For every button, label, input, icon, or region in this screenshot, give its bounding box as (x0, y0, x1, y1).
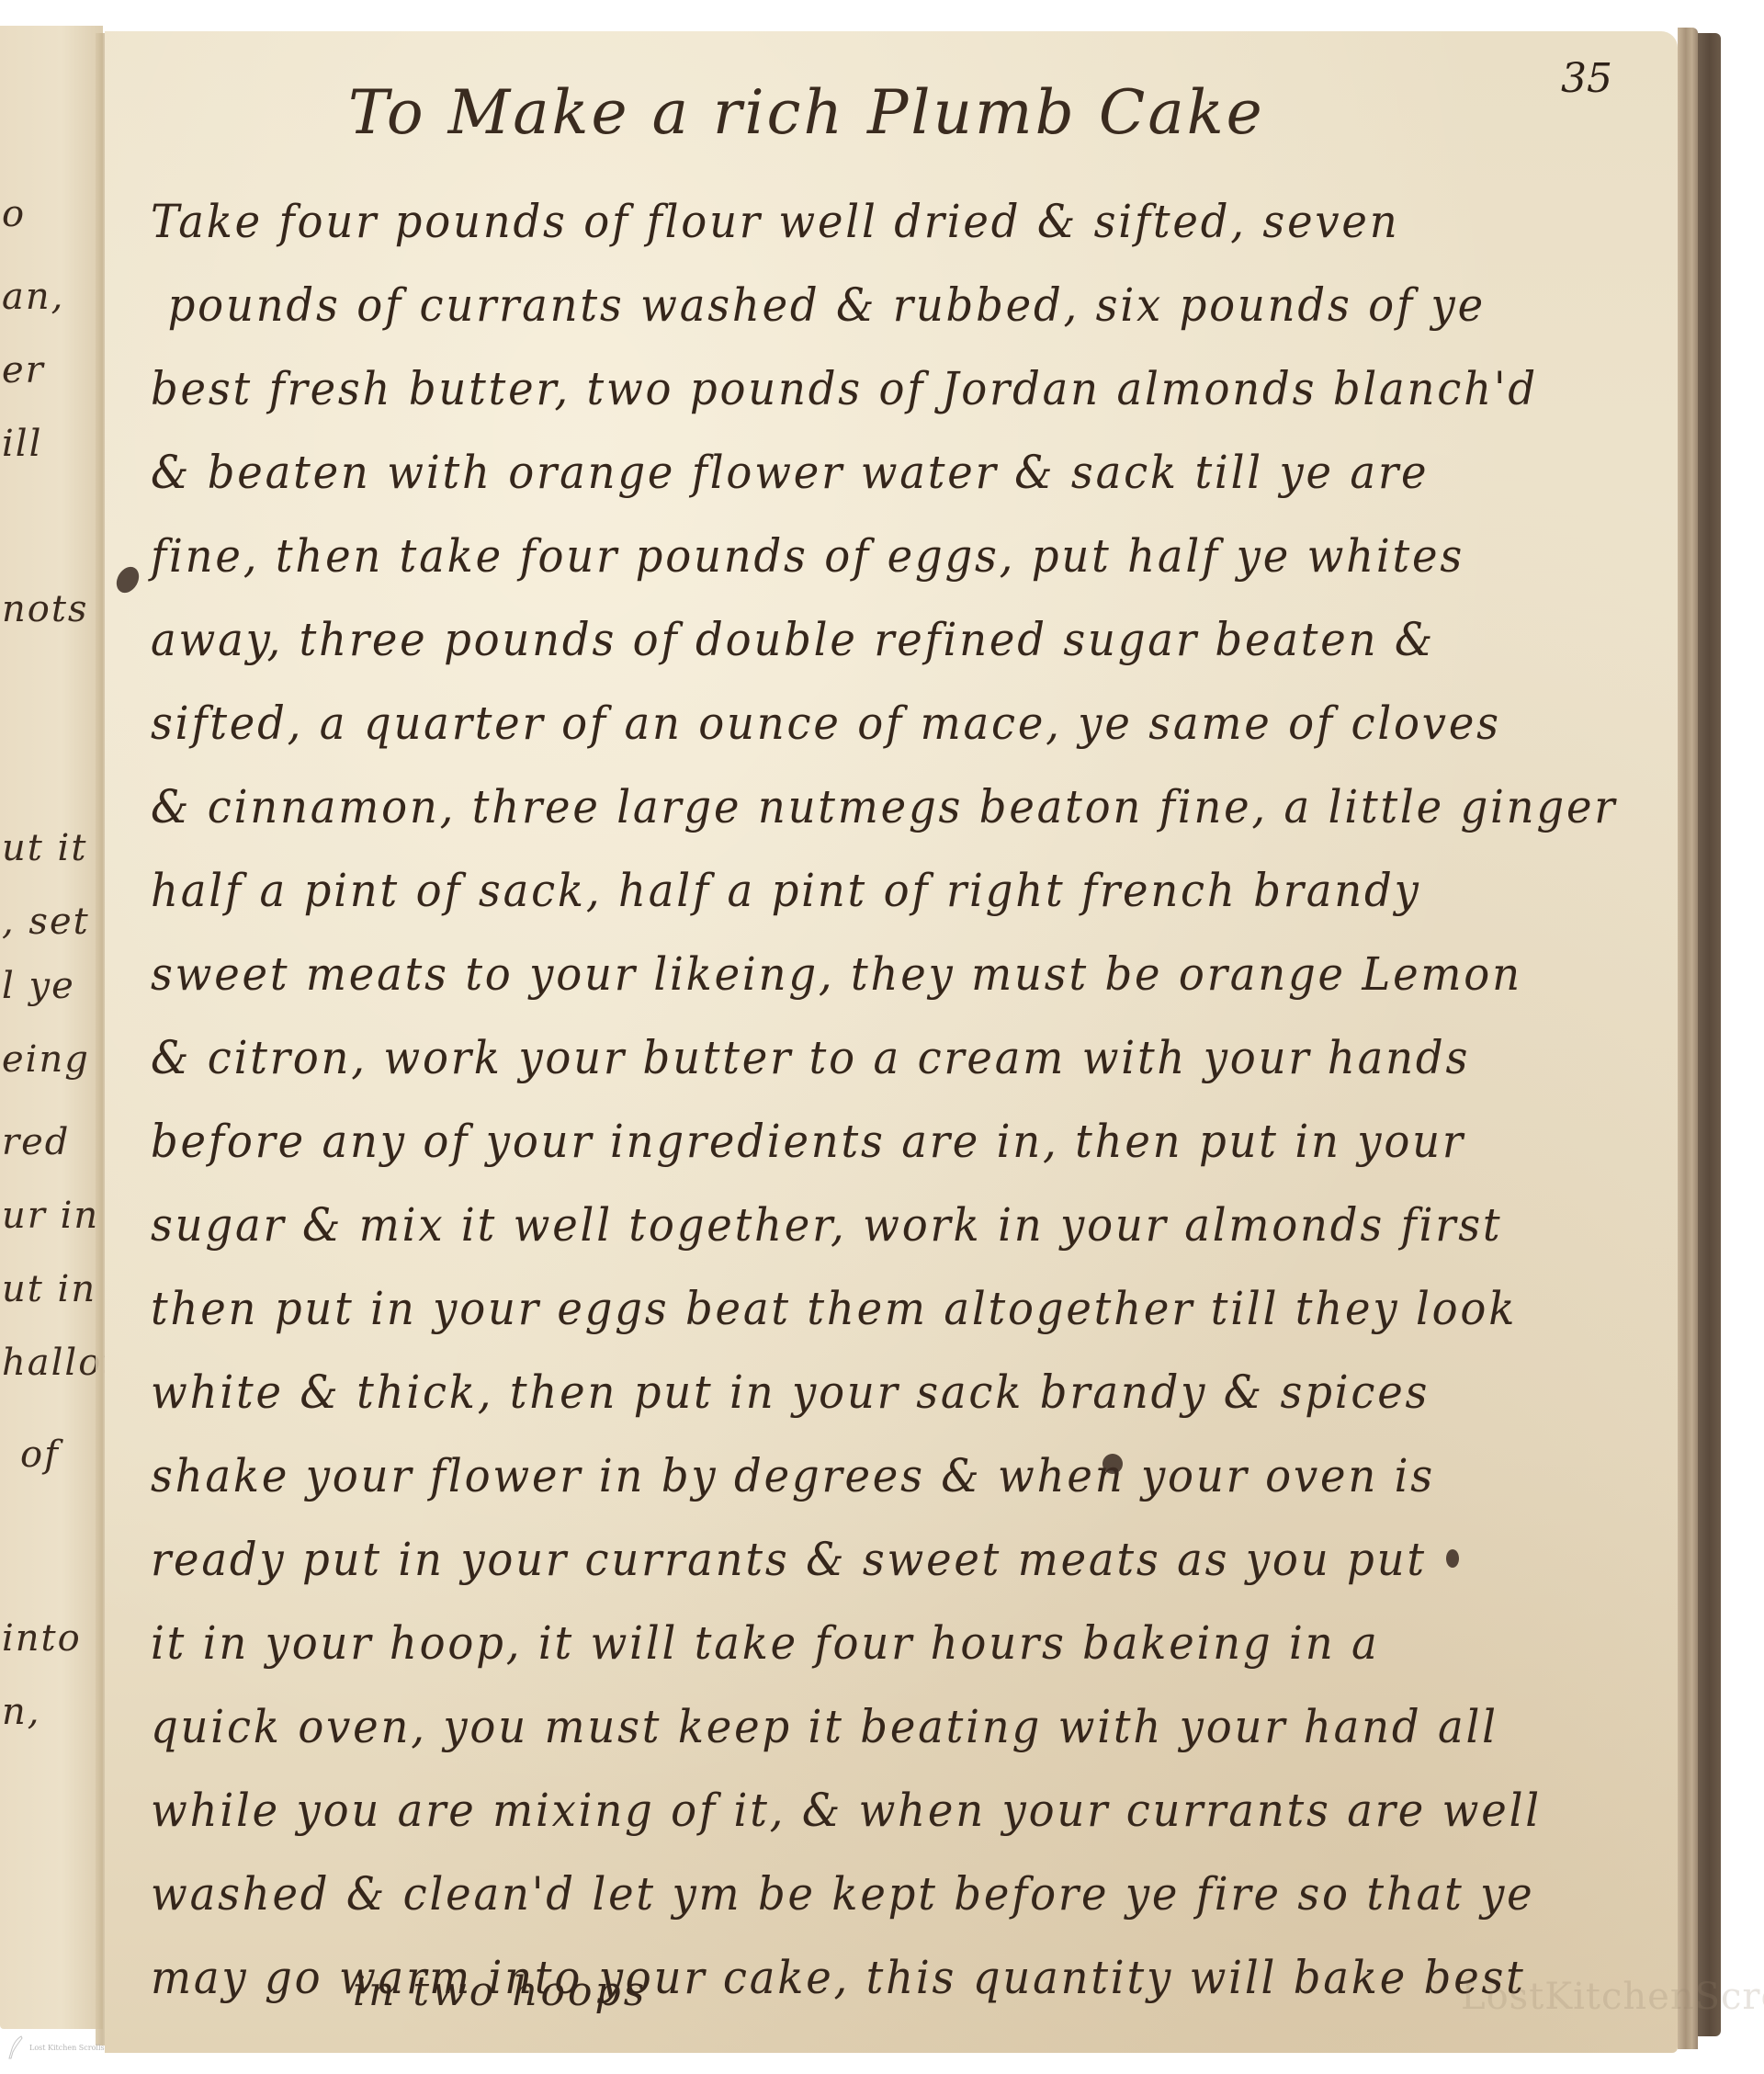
recipe-line: sifted, a quarter of an ounce of mace, y… (151, 682, 1561, 765)
facing-text-fragment: ut it (2, 827, 87, 869)
recipe-page: 35 To Make a rich Plumb Cake Take four p… (105, 31, 1678, 2053)
recipe-line: fine, then take four pounds of eggs, put… (151, 515, 1561, 598)
facing-text-fragment: of (20, 1434, 60, 1476)
recipe-line: & citron, work your butter to a cream wi… (151, 1016, 1561, 1100)
recipe-line: then put in your eggs beat them altogeth… (151, 1267, 1561, 1351)
facing-text-fragment: er (2, 349, 45, 391)
facing-text-fragment: ill (2, 423, 42, 465)
facing-text-fragment: o (2, 193, 26, 235)
facing-text-fragment: eing (2, 1038, 90, 1081)
facing-text-fragment: into (2, 1617, 82, 1660)
quill-icon (7, 2035, 24, 2059)
recipe-line: & cinnamon, three large nutmegs beaton f… (151, 765, 1561, 849)
recipe-line: while you are mixing of it, & when your … (151, 1769, 1561, 1853)
facing-text-fragment: , set (2, 901, 90, 943)
recipe-line: quick oven, you must keep it beating wit… (151, 1685, 1561, 1769)
ink-blot (112, 563, 143, 597)
recipe-line: shake your flower in by degrees & when y… (151, 1434, 1561, 1518)
facing-text-fragment: an, (2, 276, 64, 318)
page-number: 35 (1561, 55, 1612, 102)
recipe-line: ready put in your currants & sweet meats… (151, 1518, 1561, 1602)
ink-blot (1446, 1549, 1459, 1568)
recipe-line: washed & clean'd let ym be kept before y… (151, 1853, 1561, 1936)
recipe-title: To Make a rich Plumb Cake (348, 77, 1265, 148)
recipe-line: half a pint of sack, half a pint of righ… (151, 849, 1561, 933)
recipe-line: pounds of currants washed & rubbed, six … (151, 264, 1561, 347)
facing-text-fragment: ut in (2, 1268, 96, 1310)
watermark: LostKitchenScrolls (1461, 1976, 1764, 2018)
recipe-line: best fresh butter, two pounds of Jordan … (151, 347, 1561, 431)
logo-text: Lost Kitchen Scrolls (29, 2044, 105, 2052)
book-cover-edge (1698, 33, 1721, 2036)
recipe-line: & beaten with orange flower water & sack… (151, 431, 1561, 515)
watermark-logo: Lost Kitchen Scrolls (7, 2035, 105, 2059)
ink-blot (1102, 1454, 1123, 1474)
recipe-line: Take four pounds of flour well dried & s… (151, 180, 1561, 264)
manuscript-scan: o an, er ill nots ut it , set l ye eing … (0, 0, 1764, 2074)
facing-text-fragment: ur in (2, 1195, 99, 1237)
page-edges (1678, 28, 1698, 2049)
recipe-line: sugar & mix it well together, work in yo… (151, 1184, 1561, 1267)
facing-page-fragment: o an, er ill nots ut it , set l ye eing … (0, 26, 103, 2029)
recipe-line: sweet meats to your likeing, they must b… (151, 933, 1561, 1016)
recipe-postscript: in two hoops (353, 1968, 647, 2015)
facing-text-fragment: n, (2, 1691, 40, 1733)
facing-text-fragment: nots (2, 588, 88, 630)
recipe-line: white & thick, then put in your sack bra… (151, 1351, 1561, 1434)
facing-text-fragment: l ye (2, 965, 75, 1007)
recipe-line: before any of your ingredients are in, t… (151, 1100, 1561, 1184)
recipe-line: it in your hoop, it will take four hours… (151, 1602, 1561, 1685)
recipe-line: away, three pounds of double refined sug… (151, 598, 1561, 682)
facing-text-fragment: red (2, 1121, 70, 1163)
recipe-body: Take four pounds of flour well dried & s… (151, 180, 1667, 2020)
